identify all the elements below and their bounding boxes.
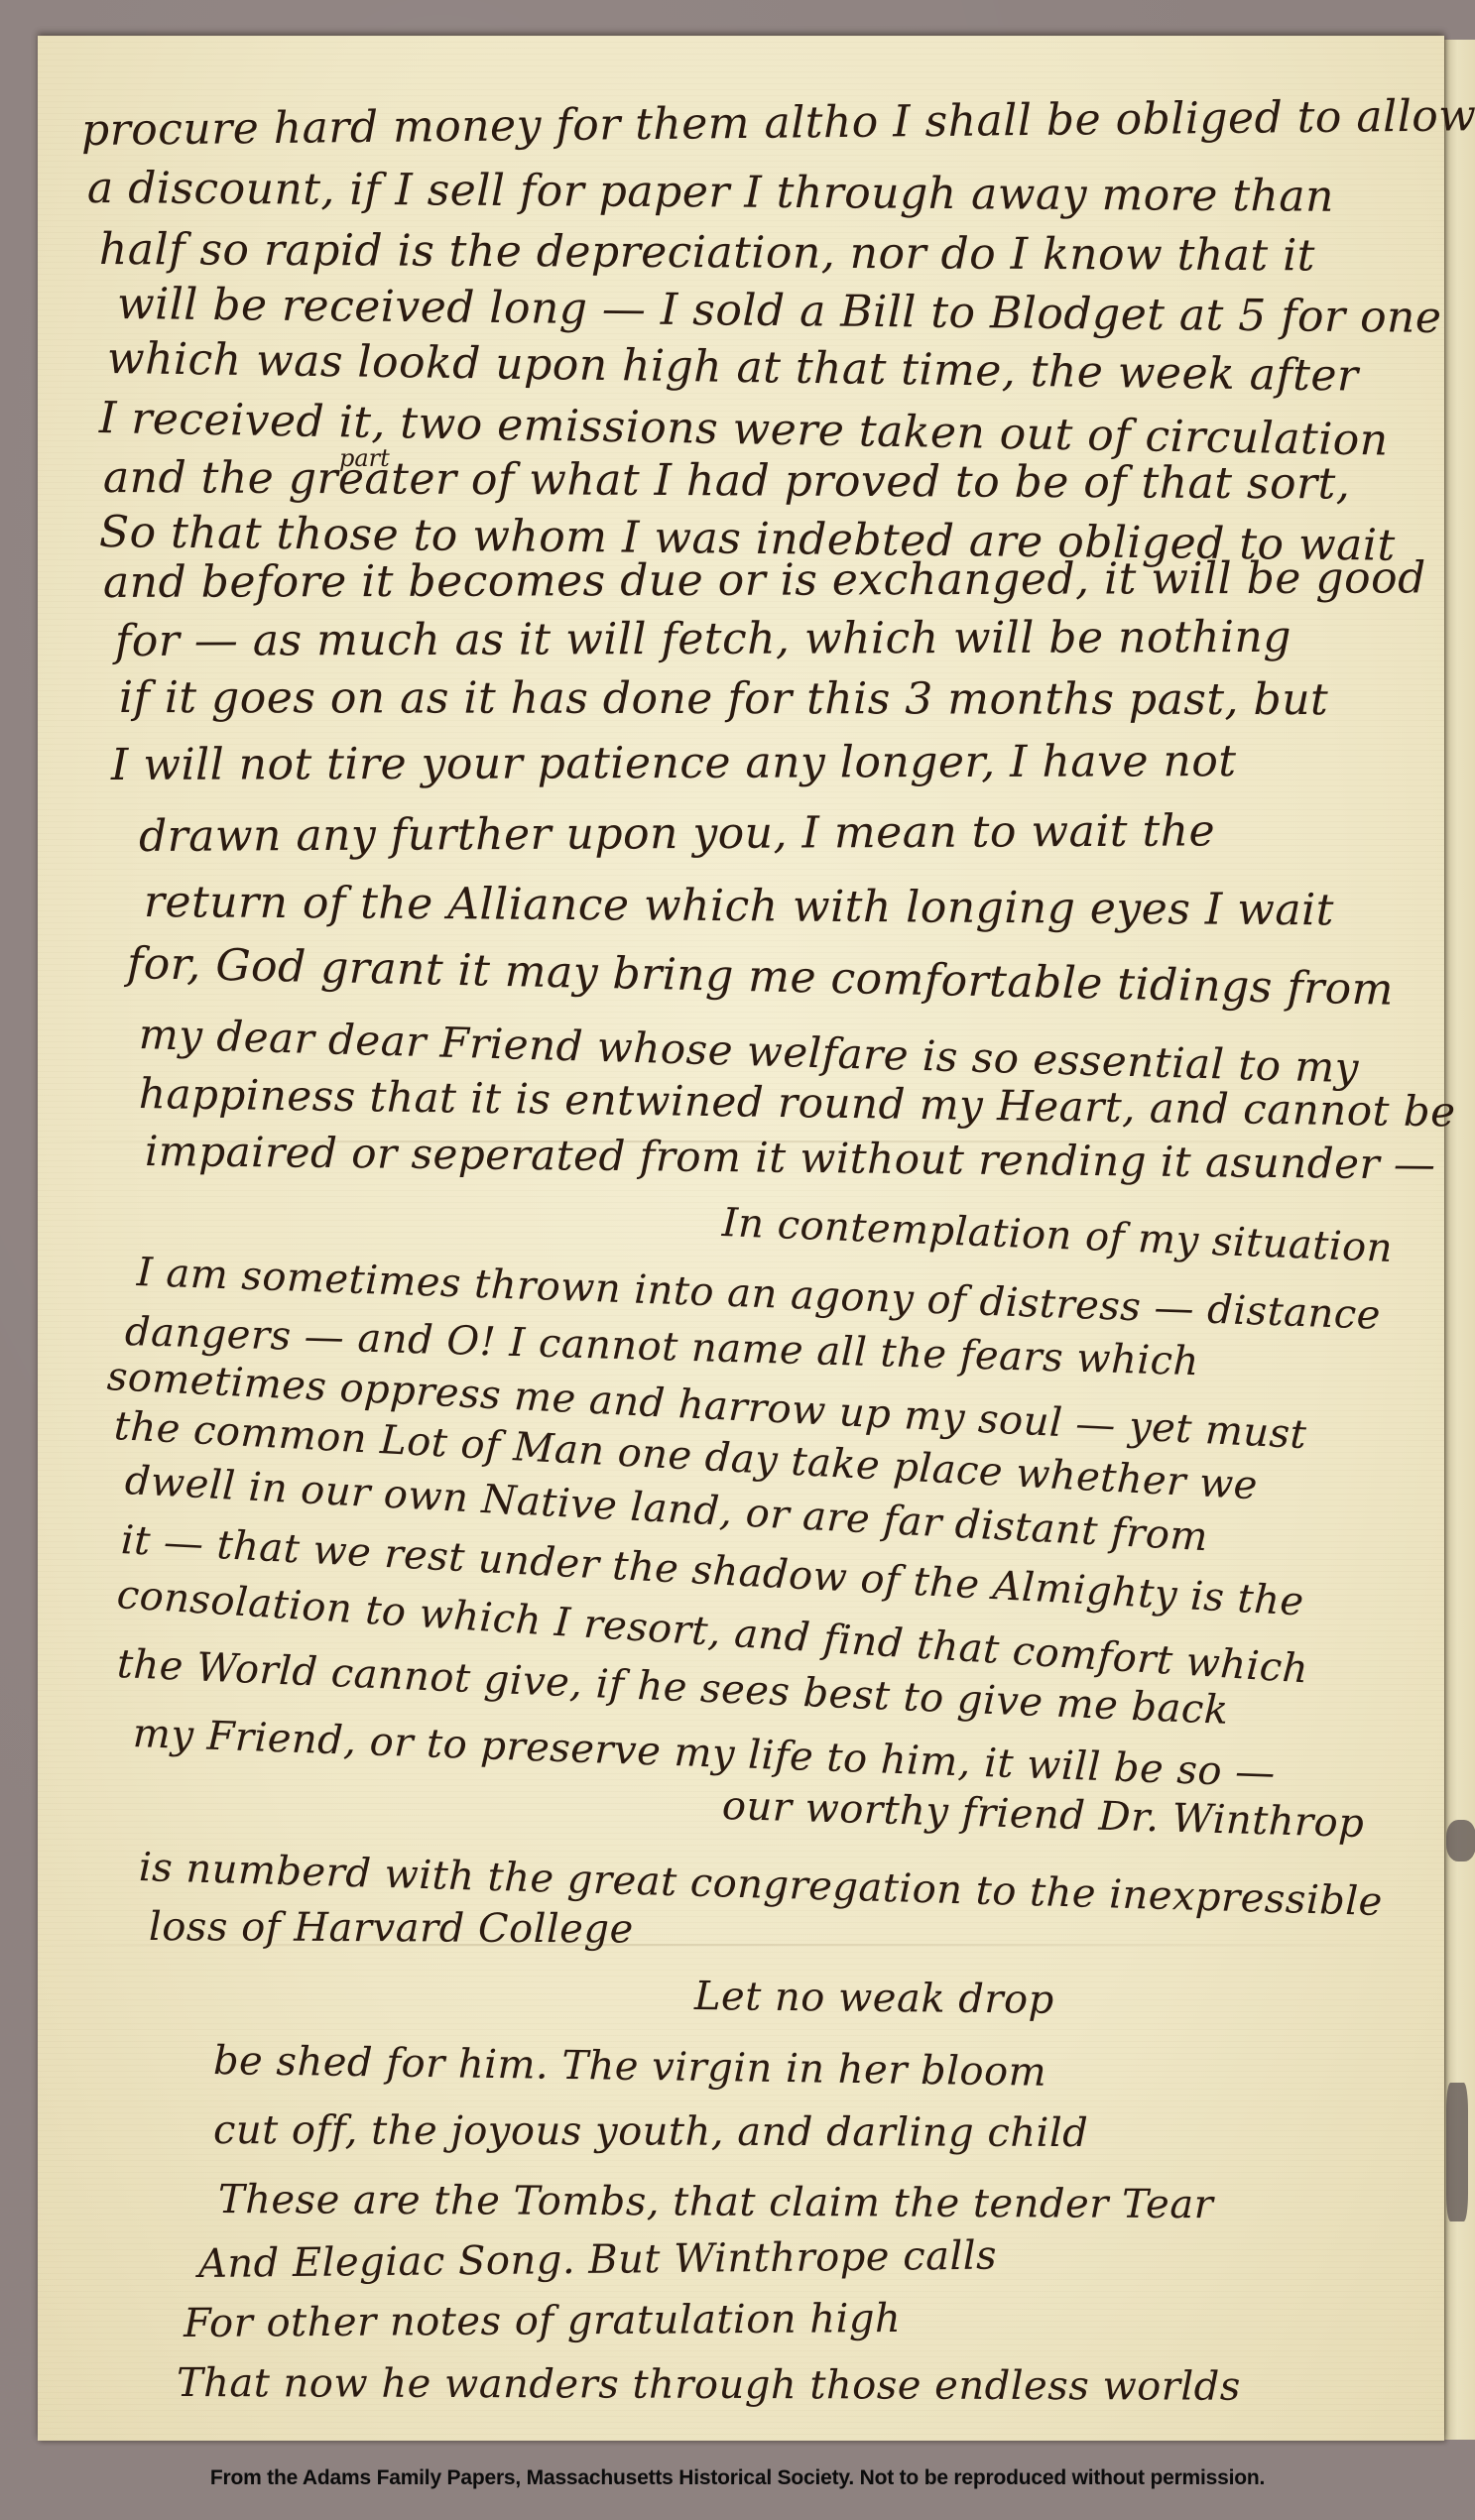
manuscript-line: if it goes on as it has done for this 3 …: [119, 672, 1328, 725]
copyright-caption: From the Adams Family Papers, Massachuse…: [0, 2466, 1475, 2490]
manuscript-line: a discount, if I sell for paper I throug…: [87, 163, 1334, 222]
interlinear-insertion: part: [339, 444, 390, 472]
manuscript-line: return of the Alliance which with longin…: [144, 877, 1334, 935]
manuscript-line: That now he wanders through those endles…: [177, 2360, 1241, 2410]
manuscript-line: and the greater of what I had proved to …: [103, 452, 1351, 510]
manuscript-line: cut off, the joyous youth, and darling c…: [213, 2107, 1088, 2156]
manuscript-line: drawn any further upon you, I mean to wa…: [139, 805, 1215, 862]
manuscript-line: and before it becomes due or is exchange…: [103, 552, 1426, 608]
manuscript-line: half so rapid is the depreciation, nor d…: [99, 224, 1315, 281]
manuscript-line: Let no weak drop: [694, 1974, 1054, 2023]
manuscript-line: And Elegiac Song. But Winthrope calls: [198, 2233, 998, 2287]
manuscript-line: These are the Tombs, that claim the tend…: [218, 2177, 1213, 2227]
manuscript-line: I will not tire your patience any longer…: [111, 736, 1237, 790]
manuscript-line: loss of Harvard College: [149, 1904, 634, 1953]
torn-edge: [1446, 2083, 1468, 2221]
manuscript-line: For other notes of gratulation high: [184, 2296, 902, 2346]
folded-sheet-edge: [1444, 40, 1475, 2440]
manuscript-line: for — as much as it will fetch, which wi…: [115, 612, 1291, 666]
ink-stain: [1446, 1820, 1475, 1861]
